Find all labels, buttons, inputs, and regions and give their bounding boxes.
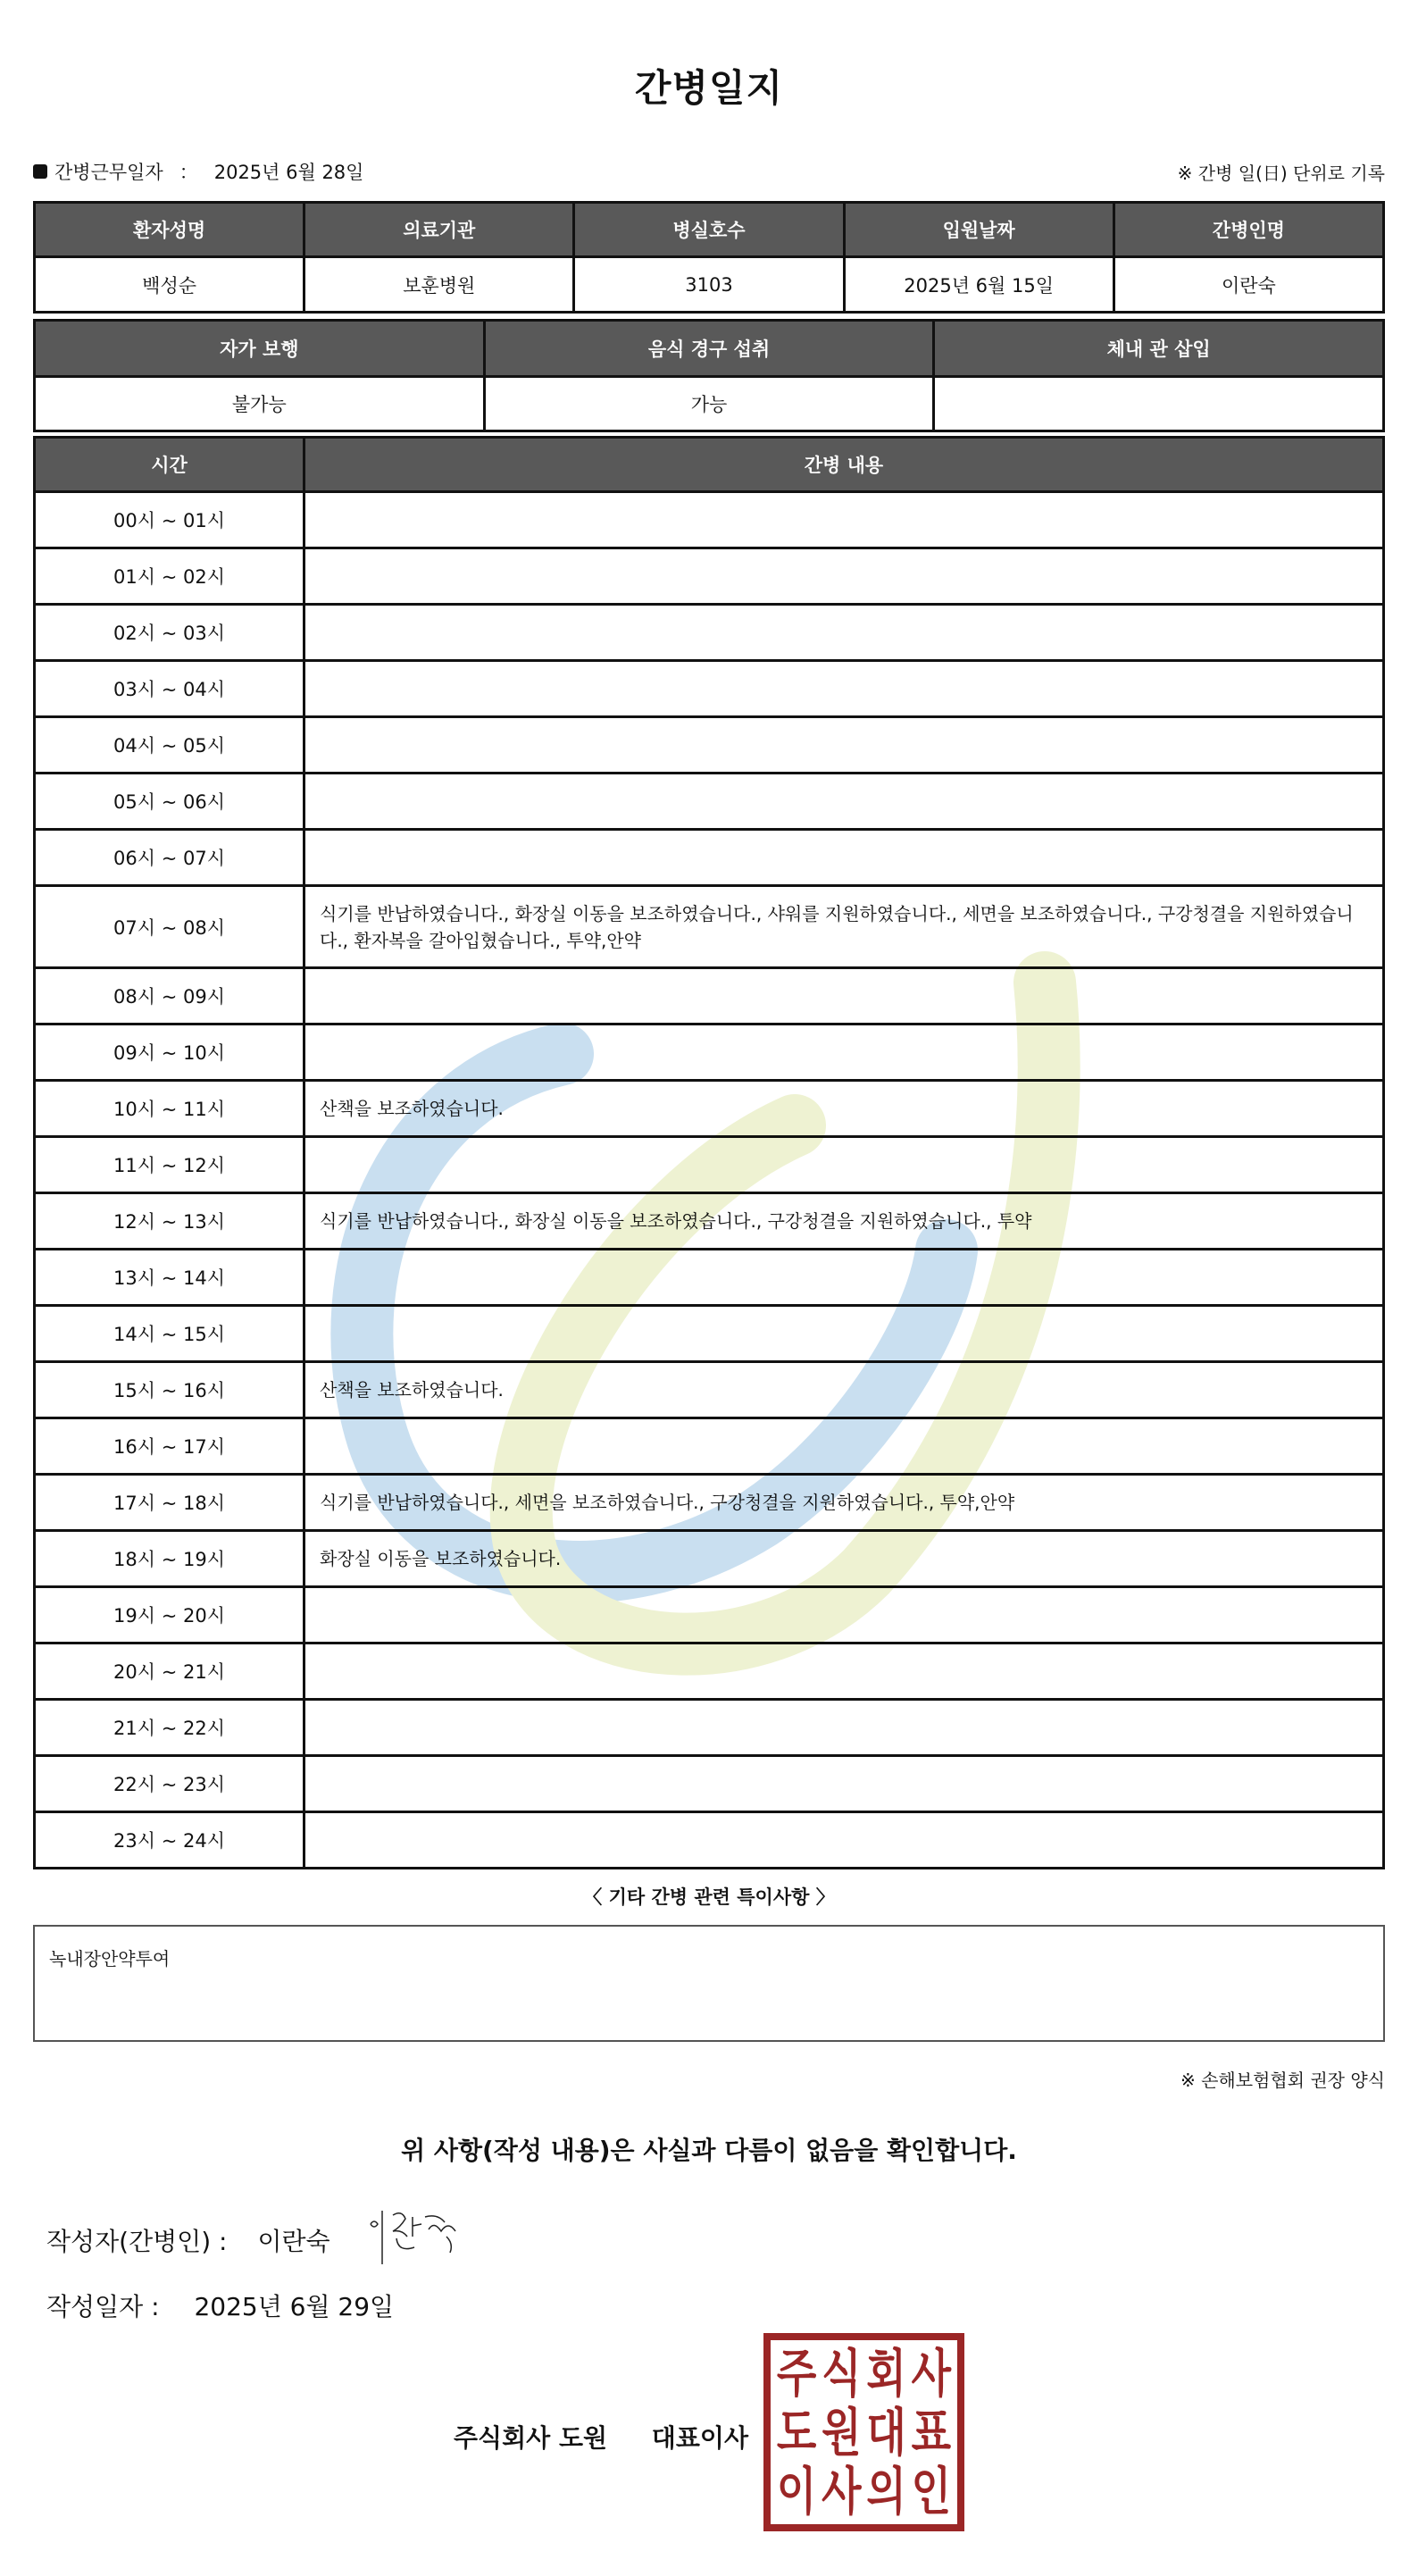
time-slot: 17시 ~ 18시 [35,1475,304,1531]
time-slot: 03시 ~ 04시 [35,661,304,717]
stamp-char: 의 [864,2455,909,2529]
header-time: 시간 [35,438,304,492]
table-row: 06시 ~ 07시 [35,830,1384,886]
care-content [304,968,1384,1025]
table-row: 22시 ~ 23시 [35,1756,1384,1812]
header-tube-insertion: 체내 관 삽입 [934,321,1384,377]
form-note: ※ 손해보험협회 권장 양식 [1180,2066,1385,2092]
care-content [304,1306,1384,1362]
care-content: 식기를 반납하였습니다., 화장실 이동을 보조하였습니다., 샤워를 지원하였… [304,886,1384,968]
care-content [304,717,1384,774]
work-date-separator: ： [179,158,198,185]
table-row: 15시 ~ 16시산책을 보조하였습니다. [35,1362,1384,1418]
table-row: 09시 ~ 10시 [35,1025,1384,1081]
tube-insertion [934,377,1384,431]
care-content [304,1137,1384,1193]
table-row: 20시 ~ 21시 [35,1643,1384,1700]
time-slot: 10시 ~ 11시 [35,1081,304,1137]
time-slot: 08시 ~ 09시 [35,968,304,1025]
signature-icon [366,2206,491,2269]
written-date-label: 작성일자 : [46,2292,160,2321]
care-content [304,830,1384,886]
written-date-line: 작성일자 : 2025년 6월 29일 [46,2287,394,2323]
work-date-value: 2025년 6월 28일 [214,158,364,185]
special-notes-title: 〈 기타 간병 관련 특이사항 〉 [0,1883,1418,1910]
table-row: 11시 ~ 12시 [35,1137,1384,1193]
table-row: 00시 ~ 01시 [35,492,1384,548]
table-row: 08시 ~ 09시 [35,968,1384,1025]
care-log-table: 시간 간병 내용 00시 ~ 01시01시 ~ 02시02시 ~ 03시03시 … [33,436,1385,1869]
care-content [304,661,1384,717]
table-row: 19시 ~ 20시 [35,1587,1384,1643]
time-slot: 00시 ~ 01시 [35,492,304,548]
care-content [304,774,1384,830]
time-slot: 01시 ~ 02시 [35,548,304,605]
care-content [304,548,1384,605]
care-content [304,1700,1384,1756]
time-slot: 21시 ~ 22시 [35,1700,304,1756]
care-content: 산책을 보조하였습니다. [304,1362,1384,1418]
time-slot: 06시 ~ 07시 [35,830,304,886]
care-content [304,1025,1384,1081]
writer-label: 작성자(간병인) : [46,2222,227,2258]
table-row: 05시 ~ 06시 [35,774,1384,830]
square-bullet-icon [33,164,47,179]
time-slot: 09시 ~ 10시 [35,1025,304,1081]
care-content [304,1587,1384,1643]
time-slot: 05시 ~ 06시 [35,774,304,830]
stamp-char: 사 [819,2455,863,2529]
header-hospital: 의료기관 [304,203,574,257]
time-slot: 22시 ~ 23시 [35,1756,304,1812]
header-admission-date: 입원날짜 [844,203,1114,257]
table-row: 13시 ~ 14시 [35,1250,1384,1306]
care-content [304,1418,1384,1475]
time-slot: 16시 ~ 17시 [35,1418,304,1475]
care-content [304,605,1384,661]
care-content [304,492,1384,548]
table-row: 02시 ~ 03시 [35,605,1384,661]
self-walking: 불가능 [35,377,485,431]
header-oral-intake: 음식 경구 섭취 [484,321,934,377]
patient-info-table: 환자성명 의료기관 병실호수 입원날짜 간병인명 백성순 보훈병원 3103 2… [33,201,1385,314]
time-slot: 07시 ~ 08시 [35,886,304,968]
caregiver-name: 이란숙 [1114,257,1383,313]
company-name: 주식회사 도원 [454,2423,607,2453]
care-content: 식기를 반납하였습니다., 세면을 보조하였습니다., 구강청결을 지원하였습니… [304,1475,1384,1531]
time-slot: 18시 ~ 19시 [35,1531,304,1587]
patient-name: 백성순 [35,257,304,313]
table-row: 01시 ~ 02시 [35,548,1384,605]
written-date-value: 2025년 6월 29일 [194,2292,394,2321]
unit-note: ※ 간병 일(日) 단위로 기록 [1178,159,1385,185]
work-date: 간병근무일자 ： 2025년 6월 28일 [33,158,363,185]
table-row: 23시 ~ 24시 [35,1812,1384,1869]
table-row: 14시 ~ 15시 [35,1306,1384,1362]
table-row: 04시 ~ 05시 [35,717,1384,774]
header-room-number: 병실호수 [574,203,844,257]
stamp-char: 이 [774,2455,819,2529]
table-row: 03시 ~ 04시 [35,661,1384,717]
care-content [304,1250,1384,1306]
header-caregiver-name: 간병인명 [1114,203,1383,257]
time-slot: 12시 ~ 13시 [35,1193,304,1250]
writer-name: 이란숙 [257,2222,329,2258]
table-row: 17시 ~ 18시식기를 반납하였습니다., 세면을 보조하였습니다., 구강청… [35,1475,1384,1531]
writer-line: 작성자(간병인) : 이란숙 [46,2222,330,2258]
table-row: 07시 ~ 08시식기를 반납하였습니다., 화장실 이동을 보조하였습니다.,… [35,886,1384,968]
time-slot: 02시 ~ 03시 [35,605,304,661]
time-slot: 19시 ~ 20시 [35,1587,304,1643]
special-notes-box: 녹내장안약투여 [33,1925,1385,2042]
time-slot: 15시 ~ 16시 [35,1362,304,1418]
table-row: 18시 ~ 19시화장실 이동을 보조하였습니다. [35,1531,1384,1587]
care-content [304,1643,1384,1700]
time-slot: 20시 ~ 21시 [35,1643,304,1700]
table-row: 21시 ~ 22시 [35,1700,1384,1756]
header-patient-name: 환자성명 [35,203,304,257]
room-number: 3103 [574,257,844,313]
company-seal-stamp: 주식회사도원대표이사의인 [763,2333,964,2531]
care-content: 산책을 보조하였습니다. [304,1081,1384,1137]
time-slot: 23시 ~ 24시 [35,1812,304,1869]
time-slot: 13시 ~ 14시 [35,1250,304,1306]
document-title: 간병일지 [0,59,1418,113]
header-care-content: 간병 내용 [304,438,1384,492]
table-row: 16시 ~ 17시 [35,1418,1384,1475]
company-line: 주식회사 도원 대표이사 [454,2419,748,2455]
work-date-label: 간병근무일자 [54,158,163,185]
care-content [304,1812,1384,1869]
special-notes-content: 녹내장안약투여 [49,1948,170,1970]
time-slot: 14시 ~ 15시 [35,1306,304,1362]
care-content [304,1756,1384,1812]
time-slot: 11시 ~ 12시 [35,1137,304,1193]
admission-date: 2025년 6월 15일 [844,257,1114,313]
ceo-title: 대표이사 [652,2423,748,2453]
care-content: 화장실 이동을 보조하였습니다. [304,1531,1384,1587]
oral-intake: 가능 [484,377,934,431]
care-content: 식기를 반납하였습니다., 화장실 이동을 보조하였습니다., 구강청결을 지원… [304,1193,1384,1250]
table-row: 10시 ~ 11시산책을 보조하였습니다. [35,1081,1384,1137]
confirmation-statement: 위 사항(작성 내용)은 사실과 다름이 없음을 확인합니다. [0,2131,1418,2167]
header-self-walking: 자가 보행 [35,321,485,377]
stamp-char: 인 [909,2455,954,2529]
hospital: 보훈병원 [304,257,574,313]
table-row: 12시 ~ 13시식기를 반납하였습니다., 화장실 이동을 보조하였습니다.,… [35,1193,1384,1250]
condition-info-table: 자가 보행 음식 경구 섭취 체내 관 삽입 불가능 가능 [33,319,1385,432]
time-slot: 04시 ~ 05시 [35,717,304,774]
